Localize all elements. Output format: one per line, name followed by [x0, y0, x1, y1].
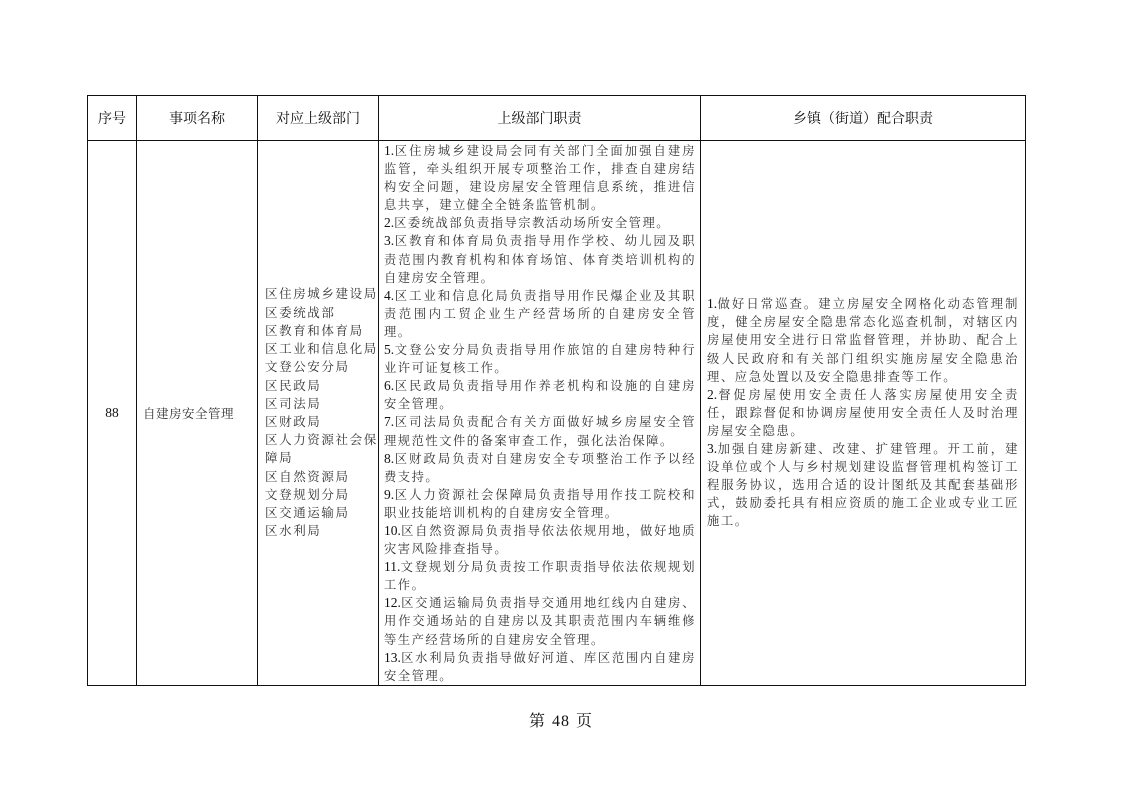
department-item: 区工业和信息化局 [265, 340, 378, 358]
upper-duty-item: 8.区财政局负责对自建房安全专项整治工作予以经费支持。 [384, 450, 696, 486]
department-item: 区住房城乡建设局 [265, 285, 378, 303]
upper-duty-item: 2.区委统战部负责指导宗教活动场所安全管理。 [384, 214, 696, 232]
upper-duty-item: 11.文登规划分局负责按工作职责指导依法依规规划工作。 [384, 558, 696, 594]
department-item: 区人力资源社会保障局 [265, 431, 378, 467]
table-row: 88 自建房安全管理 区住房城乡建设局 区委统战部 区教育和体育局 区工业和信息… [88, 141, 1026, 686]
department-item: 区司法局 [265, 395, 378, 413]
header-town-duty: 乡镇（街道）配合职责 [701, 96, 1026, 141]
page-prefix: 第 [529, 711, 546, 730]
row-departments: 区住房城乡建设局 区委统战部 区教育和体育局 区工业和信息化局 文登公安分局 区… [258, 141, 379, 686]
upper-duty-item: 6.区民政局负责指导用作养老机构和设施的自建房安全管理。 [384, 377, 696, 413]
row-upper-duties: 1.区住房城乡建设局会同有关部门全面加强自建房监管，牵头组织开展专项整治工作，排… [379, 141, 701, 686]
page-footer: 第48页 [0, 708, 1122, 731]
department-item: 区民政局 [265, 377, 378, 395]
department-item: 区水利局 [265, 522, 378, 540]
header-seq: 序号 [88, 96, 137, 141]
row-item-name: 自建房安全管理 [137, 141, 258, 686]
upper-duty-item: 10.区自然资源局负责指导依法依规用地，做好地质灾害风险排查指导。 [384, 522, 696, 558]
upper-duty-item: 1.区住房城乡建设局会同有关部门全面加强自建房监管，牵头组织开展专项整治工作，排… [384, 142, 696, 214]
upper-duty-item: 7.区司法局负责配合有关方面做好城乡房屋安全管理规范性文件的备案审查工作，强化法… [384, 413, 696, 449]
row-seq: 88 [88, 141, 137, 686]
header-upper-duty: 上级部门职责 [379, 96, 701, 141]
upper-duty-item: 5.文登公安分局负责指导用作旅馆的自建房特种行业许可证复核工作。 [384, 341, 696, 377]
upper-duty-item: 4.区工业和信息化局负责指导用作民爆企业及其职责范围内工贸企业生产经营场所的自建… [384, 287, 696, 341]
upper-duty-item: 3.区教育和体育局负责指导用作学校、幼儿园及职责范围内教育机构和体育场馆、体育类… [384, 232, 696, 286]
responsibility-table: 序号 事项名称 对应上级部门 上级部门职责 乡镇（街道）配合职责 88 自建房安… [87, 95, 1026, 686]
department-item: 区教育和体育局 [265, 322, 378, 340]
header-item-name: 事项名称 [137, 96, 258, 141]
department-item: 区交通运输局 [265, 504, 378, 522]
upper-duty-item: 13.区水利局负责指导做好河道、库区范围内自建房安全管理。 [384, 649, 696, 685]
department-item: 区自然资源局 [265, 468, 378, 486]
table-header-row: 序号 事项名称 对应上级部门 上级部门职责 乡镇（街道）配合职责 [88, 96, 1026, 141]
upper-duty-item: 9.区人力资源社会保障局负责指导用作技工院校和职业技能培训机构的自建房安全管理。 [384, 486, 696, 522]
seq-number: 88 [105, 405, 119, 420]
department-item: 文登公安分局 [265, 358, 378, 376]
row-town-duties: 1.做好日常巡查。建立房屋安全网格化动态管理制度，健全房屋安全隐患常态化巡查机制… [701, 141, 1026, 686]
department-item: 区委统战部 [265, 304, 378, 322]
town-duty-item: 2.督促房屋使用安全责任人落实房屋使用安全责任，跟踪督促和协调房屋使用安全责任人… [707, 386, 1019, 440]
page-number: 48 [552, 713, 570, 730]
town-duty-item: 3.加强自建房新建、改建、扩建管理。开工前，建设单位或个人与乡村规划建设监督管理… [707, 440, 1019, 530]
header-upper-dept: 对应上级部门 [258, 96, 379, 141]
department-item: 区财政局 [265, 413, 378, 431]
department-item: 文登规划分局 [265, 486, 378, 504]
town-duty-item: 1.做好日常巡查。建立房屋安全网格化动态管理制度，健全房屋安全隐患常态化巡查机制… [707, 295, 1019, 385]
page-suffix: 页 [576, 711, 593, 730]
upper-duty-item: 12.区交通运输局负责指导交通用地红线内自建房、用作交通场站的自建房以及其职责范… [384, 594, 696, 648]
